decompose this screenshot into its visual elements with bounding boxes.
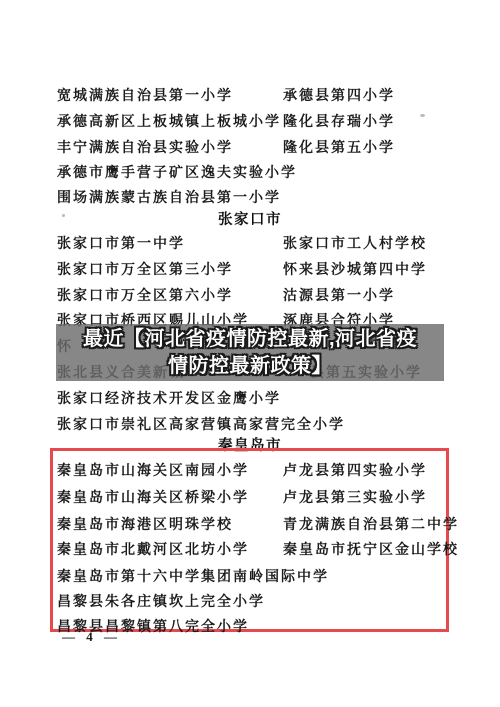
- school-name: 围场满族蒙古族自治县第一小学: [57, 187, 281, 207]
- table-row: 昌黎县朱各庄镇坎上完全小学: [57, 591, 449, 611]
- school-name: 承德县第四小学: [283, 85, 395, 105]
- school-name: 秦皇岛市山海关区桥梁小学: [57, 487, 249, 507]
- table-row: 围场满族蒙古族自治县第一小学: [57, 187, 449, 207]
- school-name: 隆化县第五小学: [283, 137, 395, 157]
- caption-line-1: 最近【河北省疫情防控最新,河北省疫: [56, 326, 444, 353]
- school-name: 宽城满族自治县第一小学: [57, 85, 233, 105]
- table-row: 秦皇岛市山海关区桥梁小学 卢龙县第三实验小学: [57, 487, 449, 507]
- school-name: 秦皇岛市抚宁区金山学校: [283, 539, 459, 559]
- table-row: 秦皇岛市第十六中学集团南岭国际中学: [57, 566, 449, 586]
- school-name: 张家口经济技术开发区金鹰小学: [57, 388, 281, 408]
- table-row: 张家口市第一中学 张家口市工人村学校: [57, 233, 449, 253]
- table-row: 张家口市万全区第三小学 怀来县沙城第四中学: [57, 259, 449, 279]
- school-name: 秦皇岛市第十六中学集团南岭国际中学: [57, 566, 329, 586]
- school-name: 卢龙县第三实验小学: [283, 487, 427, 507]
- school-name: 张家口市第一中学: [57, 233, 185, 253]
- school-name: 承德市鹰手营子矿区逸夫实验小学: [57, 162, 297, 182]
- school-name: 丰宁满族自治县实验小学: [57, 137, 233, 157]
- school-name: 张家口市万全区第六小学: [57, 285, 233, 305]
- table-row: 张家口市万全区第六小学 沽源县第一小学: [57, 285, 449, 305]
- table-row: 张家口市崇礼区高家营镇高家营完全小学: [57, 414, 449, 434]
- school-name: 隆化县存瑞小学: [283, 111, 395, 131]
- school-name: 秦皇岛市山海关区南园小学: [57, 460, 249, 480]
- section-header-zhangjiakou: 张家口市: [57, 208, 443, 229]
- table-row: 承德市鹰手营子矿区逸夫实验小学: [57, 162, 449, 182]
- school-name: 卢龙县第四实验小学: [283, 460, 427, 480]
- caption-overlay: 最近【河北省疫情防控最新,河北省疫 情防控最新政策】: [56, 324, 444, 381]
- page-number: — 4 —: [62, 629, 121, 645]
- school-name: 承德高新区上板城镇上板城小学: [57, 111, 281, 131]
- school-name: 沽源县第一小学: [283, 285, 395, 305]
- school-name: 昌黎县朱各庄镇坎上完全小学: [57, 591, 265, 611]
- table-row: 丰宁满族自治县实验小学 隆化县第五小学: [57, 137, 449, 157]
- scan-artifact-dot: [420, 114, 425, 117]
- table-row: 秦皇岛市山海关区南园小学 卢龙县第四实验小学: [57, 460, 449, 480]
- scan-artifact-dot: [62, 214, 65, 217]
- table-row: 秦皇岛市北戴河区北坊小学 秦皇岛市抚宁区金山学校: [57, 539, 449, 559]
- school-name: 秦皇岛市海港区明珠学校: [57, 514, 233, 534]
- school-name: 怀来县沙城第四中学: [283, 259, 427, 279]
- table-row: 承德高新区上板城镇上板城小学 隆化县存瑞小学: [57, 111, 449, 131]
- table-row: 宽城满族自治县第一小学 承德县第四小学: [57, 85, 449, 105]
- caption-line-2: 情防控最新政策】: [56, 353, 444, 380]
- table-row: 张家口经济技术开发区金鹰小学: [57, 388, 449, 408]
- table-row: 秦皇岛市海港区明珠学校 青龙满族自治县第二中学: [57, 514, 449, 534]
- section-header-qinhuangdao: 秦皇岛市: [57, 434, 443, 455]
- school-name: 张家口市万全区第三小学: [57, 259, 233, 279]
- school-name: 秦皇岛市北戴河区北坊小学: [57, 539, 249, 559]
- school-name: 张家口市崇礼区高家营镇高家营完全小学: [57, 414, 345, 434]
- school-name: 青龙满族自治县第二中学: [283, 514, 459, 534]
- school-name: 张家口市工人村学校: [283, 233, 427, 253]
- scanned-document-page: 宽城满族自治县第一小学 承德县第四小学 承德高新区上板城镇上板城小学 隆化县存瑞…: [0, 0, 500, 707]
